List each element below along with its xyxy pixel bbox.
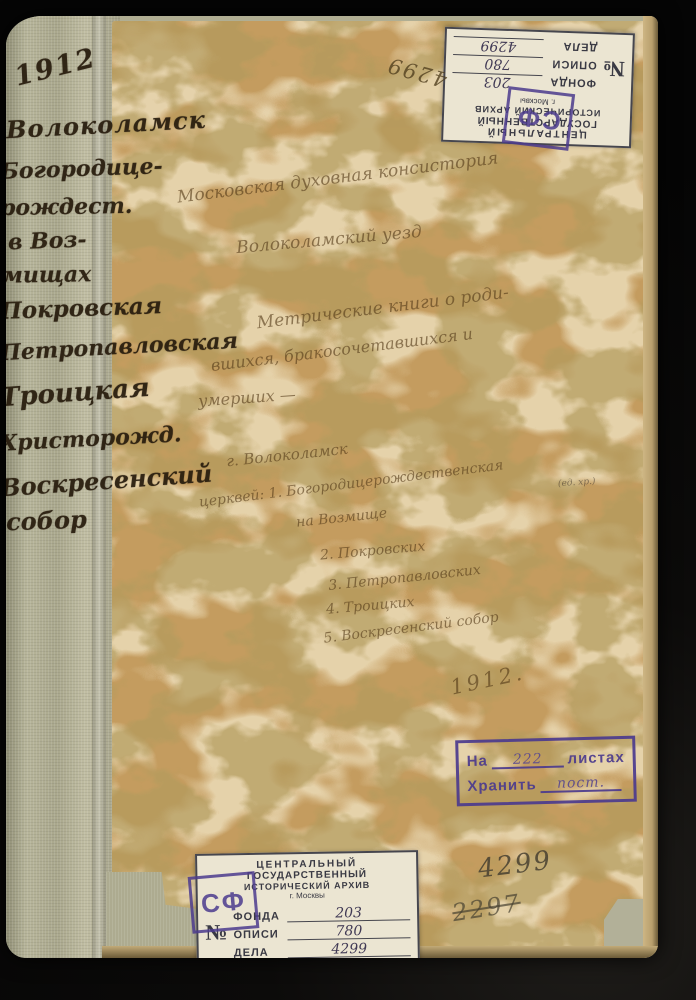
opis-label: ОПИСИ bbox=[543, 57, 597, 71]
spine-line: Покровская bbox=[6, 292, 162, 325]
sheets-keep-stamp: На 222 листах Хранить пост. bbox=[455, 736, 637, 807]
delo-value: 4299 bbox=[453, 36, 543, 54]
sf-monogram-stamp: СФ bbox=[502, 86, 575, 151]
delo-value: 4299 bbox=[288, 941, 411, 958]
sheets-count-handwriting: 222 bbox=[492, 753, 564, 770]
label-row-delo: ДЕЛА 4299 bbox=[453, 36, 597, 56]
book-cover: 1912 Волоколамск Богородице- рождест. в … bbox=[6, 16, 658, 958]
fond-value: 203 bbox=[452, 72, 542, 90]
spine-line: мищах bbox=[6, 261, 91, 289]
delo-label: ДЕЛА bbox=[543, 39, 597, 53]
label-row-opis: ОПИСИ 780 bbox=[233, 923, 410, 941]
sf-monogram-stamp: СФ bbox=[188, 871, 260, 934]
keep-term-handwriting: пост. bbox=[541, 776, 622, 793]
label-row-fond: ФОНДА 203 bbox=[233, 905, 410, 923]
spine-line: рождест. bbox=[6, 193, 133, 221]
spine-line: собор bbox=[6, 505, 87, 537]
spine-line: в Воз- bbox=[8, 227, 87, 256]
opis-value: 780 bbox=[287, 923, 410, 940]
opis-label: ОПИСИ bbox=[233, 928, 287, 941]
number-sign: № bbox=[602, 55, 625, 82]
keep-label: Хранить bbox=[467, 776, 537, 795]
sheets-label: листах bbox=[567, 749, 625, 767]
page-block-edge bbox=[643, 16, 658, 958]
opis-value: 780 bbox=[453, 54, 543, 72]
fond-label: ФОНДА bbox=[542, 75, 596, 89]
photo-backdrop: 1912 Волоколамск Богородице- рождест. в … bbox=[0, 0, 696, 1000]
na-label: На bbox=[467, 753, 489, 771]
label-row-opis: ОПИСИ 780 bbox=[453, 54, 597, 74]
label-row-delo: ДЕЛА 4299 bbox=[234, 941, 411, 958]
delo-label: ДЕЛА bbox=[234, 946, 288, 958]
fond-value: 203 bbox=[287, 905, 410, 922]
